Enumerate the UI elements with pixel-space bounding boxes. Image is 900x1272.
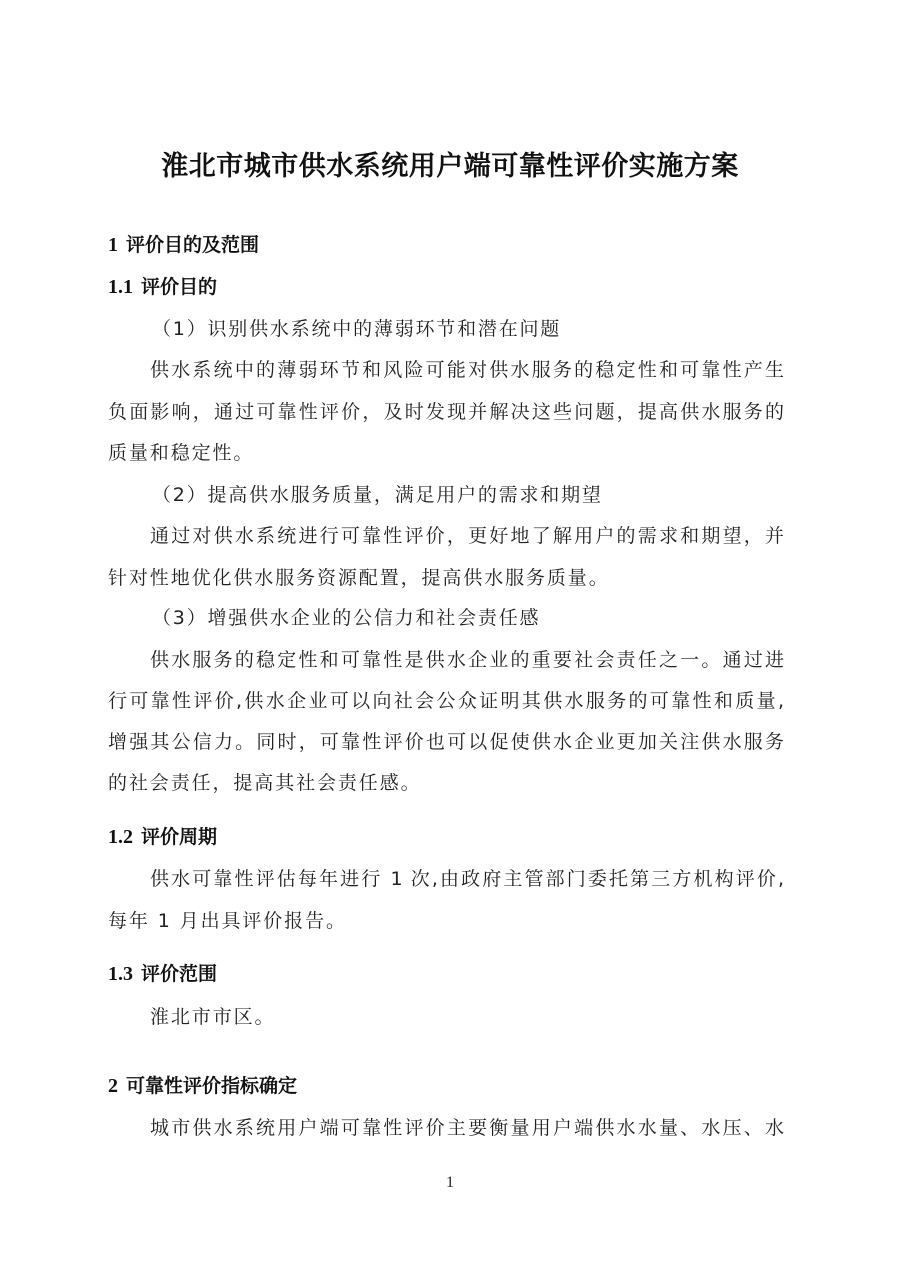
paragraph-line: 的社会责任，提高其社会责任感。	[108, 768, 784, 795]
section-number: 1.3	[108, 963, 133, 985]
paragraph-line: 通过对供水系统进行可靠性评价，更好地了解用户的需求和期望，并	[150, 521, 784, 548]
section-heading-1-3: 1.3评价范围	[108, 959, 217, 986]
document-page: 淮北市城市供水系统用户端可靠性评价实施方案 1评价目的及范围 1.1评价目的 （…	[0, 0, 900, 1272]
paragraph-line: 淮北市市区。	[150, 1002, 784, 1029]
section-heading-1-2: 1.2评价周期	[108, 822, 217, 849]
section-heading-1-1: 1.1评价目的	[108, 272, 217, 299]
section-title: 评价周期	[141, 826, 217, 848]
paragraph-line: 供水可靠性评估每年进行 1 次,由政府主管部门委托第三方机构评价,	[150, 864, 784, 891]
paragraph-line: 质量和稳定性。	[108, 438, 784, 465]
section-title: 评价目的及范围	[126, 234, 259, 256]
section-number: 1	[108, 234, 118, 256]
section-heading-1: 1评价目的及范围	[108, 230, 259, 257]
section-heading-2: 2可靠性评价指标确定	[108, 1071, 297, 1098]
item-label-2: （2）提高供水服务质量，满足用户的需求和期望	[152, 480, 603, 507]
section-title: 评价范围	[141, 963, 217, 985]
section-number: 1.2	[108, 826, 133, 848]
item-label-3: （3）增强供水企业的公信力和社会责任感	[152, 603, 540, 630]
paragraph-line: 针对性地优化供水服务资源配置，提高供水服务质量。	[108, 563, 784, 590]
section-title: 评价目的	[141, 276, 217, 298]
paragraph-line: 每年 1 月出具评价报告。	[108, 906, 784, 933]
section-number: 1.1	[108, 276, 133, 298]
paragraph-line: 城市供水系统用户端可靠性评价主要衡量用户端供水水量、水压、水	[150, 1113, 784, 1140]
paragraph-line: 行可靠性评价,供水企业可以向社会公众证明其供水服务的可靠性和质量,	[108, 686, 784, 713]
paragraph-line: 供水系统中的薄弱环节和风险可能对供水服务的稳定性和可靠性产生	[150, 355, 784, 382]
paragraph-line: 增强其公信力。同时，可靠性评价也可以促使供水企业更加关注供水服务	[108, 727, 784, 754]
paragraph-line: 负面影响，通过可靠性评价，及时发现并解决这些问题，提高供水服务的	[108, 397, 784, 424]
document-title: 淮北市城市供水系统用户端可靠性评价实施方案	[0, 144, 900, 183]
section-title: 可靠性评价指标确定	[126, 1075, 297, 1097]
item-label-1: （1）识别供水系统中的薄弱环节和潜在问题	[152, 314, 561, 341]
section-number: 2	[108, 1075, 118, 1097]
paragraph-line: 供水服务的稳定性和可靠性是供水企业的重要社会责任之一。通过进	[150, 645, 784, 672]
page-number: 1	[0, 1174, 900, 1192]
